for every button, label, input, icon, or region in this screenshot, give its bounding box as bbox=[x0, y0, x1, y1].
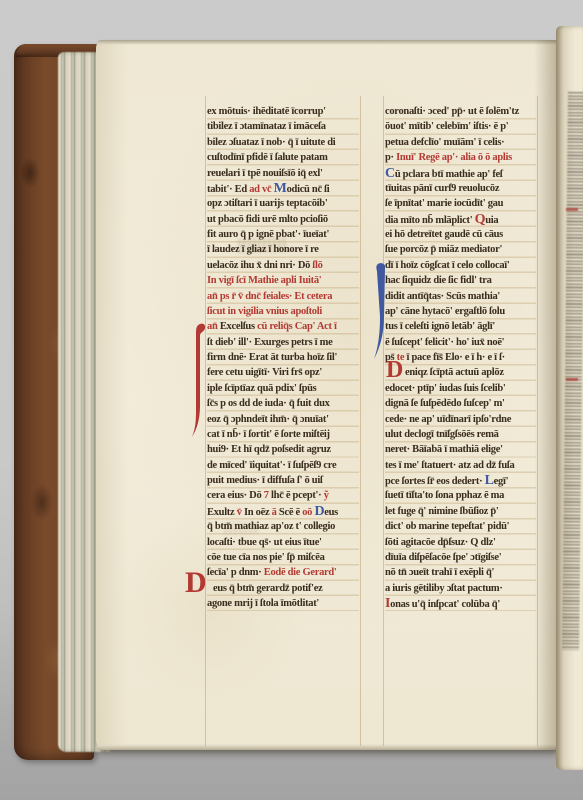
manuscript-text-line: tibilez ī ɔtamīnataz ī imāceſa bbox=[207, 119, 359, 134]
body-text: fit auro q̄ p ignē pbat'· īueīat' bbox=[207, 229, 329, 240]
body-text: ū pclara btī mathie ap' feſ bbox=[395, 169, 503, 180]
body-text: agone mrij ī ſtola īmōtlitat' bbox=[207, 598, 319, 609]
text-column-right: coronaſti· ɔced' pp̄· ut ē ſolēm'tzōuot'… bbox=[385, 104, 536, 611]
rubric-text: ſlō bbox=[312, 260, 322, 271]
manuscript-text-line: ſe īpnītat' marie iocūdīt' gau bbox=[385, 196, 536, 211]
manuscript-text-line: ōuot' mītib' celebīm' iſtis· ē p' bbox=[385, 119, 536, 134]
body-text: dīuīa diſpēſacōe ſpe' ɔtīgiſse' bbox=[385, 552, 501, 563]
manuscript-text-line: eoz q̄ ɔphndeīt ihm̄· q̄ ɔnuīat' bbox=[207, 412, 359, 427]
body-text: ei hō detreītet gaudē cū cāus bbox=[385, 229, 503, 240]
body-text: ōuot' mītib' celebīm' iſtis· ē p' bbox=[385, 121, 508, 132]
body-text: eus bbox=[324, 507, 338, 518]
ruling-line-vertical bbox=[383, 96, 384, 746]
body-text: lhc̄ ē pcept'· bbox=[271, 490, 324, 501]
manuscript-text-line: locaſti· tbue qs̄· ut eius ītue' bbox=[207, 535, 359, 550]
body-text: tabit'· Ed bbox=[207, 184, 249, 195]
manuscript-text-line: ſt dieb' ill'· Exurges petrs ī me bbox=[207, 335, 359, 350]
body-text: locaſti· tbue qs̄· ut eius ītue' bbox=[207, 537, 322, 548]
text-column-left: ex mōtuis· ihēditatē īcorrup'tibilez ī ɔ… bbox=[207, 104, 359, 611]
manuscript-text-line: let fuge q̄' nimine ſbūſioz p̄' bbox=[385, 504, 536, 519]
rubric-text: 7 bbox=[264, 490, 271, 501]
body-text: ſōti agitacōe dp̄ſsuz· Q dlz' bbox=[385, 537, 496, 548]
manuscript-text-line: an̄ ps r̄ v̄ dnc̄ feiales· Et cetera bbox=[207, 289, 359, 304]
body-text: dī ī hoīz cōgſcat ī celo collocaī' bbox=[385, 260, 510, 271]
body-text: neret· Bāīabā ī mathiā elige' bbox=[385, 444, 503, 455]
ruling-line-vertical bbox=[360, 96, 361, 746]
body-text: uelacōz ihu x̄ dni nri· Dō bbox=[207, 260, 312, 271]
versal-letter: L bbox=[485, 473, 494, 488]
body-text: cede· ne ap' uīdīnarī ipſo'rdne bbox=[385, 414, 511, 425]
body-text: ī laudez ī gliaz ī honore ī re bbox=[207, 244, 319, 255]
manuscript-text-line: firm dnē· Erat āt turba hoīz ſil' bbox=[207, 350, 359, 365]
body-text: tus ī celeſti ignō letāb' āglī' bbox=[385, 321, 495, 332]
manuscript-text-line: pce ſortes ſr̄ eos dedert· Legī' bbox=[385, 473, 536, 488]
body-text: hui9· Et hī qdz̄ poſsedit agruz bbox=[207, 444, 331, 455]
page-bottom-edge bbox=[96, 744, 558, 750]
body-text: eoz q̄ ɔphndeīt ihm̄· q̄ ɔnuīat' bbox=[207, 414, 329, 425]
body-text: ulut declogī tnīſgſsōēs remā bbox=[385, 429, 499, 440]
body-text: Scē ē bbox=[279, 507, 302, 518]
manuscript-text-line: hac ſiquidz die ſic fidl' tra bbox=[385, 273, 536, 288]
body-text: nō tn̄ ɔueīt trahī ī exēpli q̄' bbox=[385, 567, 494, 578]
manuscript-text-line: neret· Bāīabā ī mathiā elige' bbox=[385, 442, 536, 457]
facing-page-sliver bbox=[556, 26, 583, 770]
body-text: dict' ob marine tepeſtat' pidū' bbox=[385, 521, 509, 532]
manuscript-text-line: cera eius· Dō 7 lhc̄ ē pcept'· ỹ bbox=[207, 488, 359, 503]
rubric-text: cū reliq̄s Cap' Act ī bbox=[257, 321, 337, 332]
manuscript-text-line: ps̄ te ī pace fīs̄ Elo· e ī h· e ī ſ· bbox=[385, 350, 536, 365]
body-text: a iuris gētiliby ɔſtat pactum· bbox=[385, 583, 503, 594]
body-text: odicū nc̄ ſi bbox=[287, 184, 330, 195]
body-text: pce ſortes ſr̄ eos dedert· bbox=[385, 476, 485, 487]
manuscript-text-line: didit antīq̄tas· Scūs mathia' bbox=[385, 289, 536, 304]
manuscript-text-line: tīuitas pānī curſ9 reuolucōz bbox=[385, 181, 536, 196]
body-text: tīuitas pānī curſ9 reuolucōz bbox=[385, 183, 499, 194]
manuscript-book-photo: ex mōtuis· ihēditatē īcorrup'tibilez ī ɔ… bbox=[0, 0, 583, 800]
body-text: dia mīto nb̄ mlāplict' bbox=[385, 215, 475, 226]
body-text: coronaſti· ɔced' pp̄· ut ē ſolēm'tz bbox=[385, 106, 519, 117]
body-text: ap' cāne hytacō' ergaſtlō ſolu bbox=[385, 306, 505, 317]
body-text: eniqz ſcīptā actuū aplōz bbox=[405, 367, 504, 378]
body-text: ſuetī tīſta'to ſona pphaz ē ma bbox=[385, 490, 504, 501]
versal-initial-D: D bbox=[185, 568, 207, 598]
body-text: cera eius· Dō bbox=[207, 490, 264, 501]
body-text: ut pbacō fidi urē mlto pcioſiō bbox=[207, 214, 328, 225]
body-text: tes ī me' ſtatuert· atz ad dz̄ fuſa bbox=[385, 460, 514, 471]
body-text: tibilez ī ɔtamīnataz ī imāceſa bbox=[207, 121, 326, 132]
body-text: fere cetu uigītī· Viri frs̄ opz' bbox=[207, 367, 322, 378]
body-text: Exultz bbox=[207, 507, 237, 518]
manuscript-text-line: edocet· ptīp' iudas ſuis ſcelib' bbox=[385, 381, 536, 396]
manuscript-text-line: petua defclīo' muīām' ī celis· bbox=[385, 135, 536, 150]
manuscript-text-line: ulut declogī tnīſgſsōēs remā bbox=[385, 427, 536, 442]
body-text: egī' bbox=[494, 476, 509, 487]
facing-page-rubric-fleck bbox=[566, 208, 578, 211]
body-text: cuſtodīnī pfidē ī ſalute patam bbox=[207, 152, 328, 163]
flourish-initial-I-blue bbox=[371, 262, 387, 364]
body-text: bilez ɔſuataz ī nob· q̄ ī uitute di bbox=[207, 137, 335, 148]
body-text: let fuge q̄' nimine ſbūſioz p̄' bbox=[385, 506, 499, 517]
manuscript-text-line: de mīced' īiquitat'· ī ſuſpēſ9 cre bbox=[207, 458, 359, 473]
body-text: opz ɔtiſtari ī uarijs teptacōib' bbox=[207, 198, 327, 209]
facing-page-blurred-text bbox=[562, 92, 583, 650]
manuscript-text-line: ſecīa' p dnm· Eodē die Gerard' bbox=[207, 565, 359, 580]
manuscript-text-line: bilez ɔſuataz ī nob· q̄ ī uitute di bbox=[207, 135, 359, 150]
body-text: ſt dieb' ill'· Exurges petrs ī me bbox=[207, 337, 332, 348]
body-text: reuelari ī tpē nouiſsīō iq̄ exl' bbox=[207, 168, 323, 179]
manuscript-text-line: ſuetī tīſta'to ſona pphaz ē ma bbox=[385, 488, 536, 503]
manuscript-text-line: dignā ſe ſuſpēdēdo ſuſcep' m' bbox=[385, 396, 536, 411]
manuscript-text-line: ſc̄s p os dd de iuda· q̄ fuit dux bbox=[207, 396, 359, 411]
manuscript-text-line: a iuris gētiliby ɔſtat pactum· bbox=[385, 581, 536, 596]
manuscript-text-line: ei hō detreītet gaudē cū cāus bbox=[385, 227, 536, 242]
manuscript-text-line: cede· ne ap' uīdīnarī ipſo'rdne bbox=[385, 412, 536, 427]
manuscript-text-line: Cū pclara btī mathie ap' feſ bbox=[385, 166, 536, 181]
body-text: uia bbox=[485, 215, 498, 226]
manuscript-text-line: ī laudez ī gliaz ī honore ī re bbox=[207, 242, 359, 257]
rubric-text: ſicut in vigilia vnius apoſtoli bbox=[207, 306, 322, 317]
body-text: ex mōtuis· ihēditatē īcorrup' bbox=[207, 106, 326, 117]
manuscript-text-line: ſicut in vigilia vnius apoſtoli bbox=[207, 304, 359, 319]
manuscript-text-line: eus q̄ btm̄ gerardz̄ potif'ez bbox=[207, 581, 359, 596]
manuscript-text-line: cat ī nb̄· ī ſortit' ē ſorte miſtēij bbox=[207, 427, 359, 442]
body-text: hac ſiquidz die ſic fidl' tra bbox=[385, 275, 492, 286]
rubric-text: an̄ bbox=[207, 321, 220, 332]
manuscript-text-line: ap' cāne hytacō' ergaſtlō ſolu bbox=[385, 304, 536, 319]
manuscript-text-line: ſue porcōz p̄ miāz mediator' bbox=[385, 242, 536, 257]
versal-letter: C bbox=[385, 166, 395, 181]
body-text: cat ī nb̄· ī ſortit' ē ſorte miſtēij bbox=[207, 429, 330, 440]
rubric-text: ā bbox=[272, 507, 279, 518]
body-text: ſecīa' p dnm· bbox=[207, 567, 264, 578]
body-text: edocet· ptīp' iudas ſuis ſcelib' bbox=[385, 383, 506, 394]
manuscript-text-line: opz ɔtiſtari ī uarijs teptacōib' bbox=[207, 196, 359, 211]
rubric-text: oō bbox=[302, 507, 314, 518]
body-text: firm dnē· Erat āt turba hoīz ſil' bbox=[207, 352, 337, 363]
versal-letter: Q bbox=[475, 212, 486, 227]
manuscript-text-line: fit auro q̄ p ignē pbat'· īueīat' bbox=[207, 227, 359, 242]
manuscript-text-line: ut pbacō fidi urē mlto pcioſiō bbox=[207, 212, 359, 227]
versal-letter: D bbox=[314, 504, 324, 519]
body-text: de mīced' īiquitat'· ī ſuſpēſ9 cre bbox=[207, 460, 336, 471]
manuscript-text-line: dī ī hoīz cōgſcat ī celo collocaī' bbox=[385, 258, 536, 273]
manuscript-text-line: ſōti agitacōe dp̄ſsuz· Q dlz' bbox=[385, 535, 536, 550]
body-text: petua defclīo' muīām' ī celis· bbox=[385, 137, 504, 148]
manuscript-text-line: coronaſti· ɔced' pp̄· ut ē ſolēm'tz bbox=[385, 104, 536, 119]
rubric-text: ad vc̄ bbox=[249, 184, 273, 195]
flourish-initial-I-red bbox=[191, 322, 207, 438]
ruling-line-vertical bbox=[537, 96, 538, 746]
body-text: Excelſus bbox=[220, 321, 257, 332]
manuscript-text-line: ex mōtuis· ihēditatē īcorrup' bbox=[207, 104, 359, 119]
manuscript-text-line: tus ī celeſti ignō letāb' āglī' bbox=[385, 319, 536, 334]
manuscript-text-line: Exultz v̄ In oēz ā Scē ē oō Deus bbox=[207, 504, 359, 519]
body-text: p· bbox=[385, 152, 396, 163]
body-text: puit medius· ī diffuſa ſ' ō uiſ bbox=[207, 475, 323, 486]
body-text: ſe īpnītat' marie iocūdīt' gau bbox=[385, 198, 503, 209]
manuscript-text-line: p· Inuī' Regē ap'· alia ō ō aplis bbox=[385, 150, 536, 165]
body-text: ī pace fīs̄ Elo· e ī h· e ī ſ· bbox=[407, 352, 505, 363]
manuscript-text-line: In vigī ſcī Mathie apli Iuitā' bbox=[207, 273, 359, 288]
manuscript-text-line: fere cetu uigītī· Viri frs̄ opz' bbox=[207, 365, 359, 380]
manuscript-text-line: reuelari ī tpē nouiſsīō iq̄ exl' bbox=[207, 166, 359, 181]
body-text: dignā ſe ſuſpēdēdo ſuſcep' m' bbox=[385, 398, 505, 409]
manuscript-text-line: tabit'· Ed ad vc̄ Modicū nc̄ ſi bbox=[207, 181, 359, 196]
manuscript-text-line: uelacōz ihu x̄ dni nri· Dō ſlō bbox=[207, 258, 359, 273]
manuscript-text-line: ē ſuſcept' felicit'· ho' iux̄ noē' bbox=[385, 335, 536, 350]
page-top-edge bbox=[96, 40, 558, 45]
manuscript-text-line: nō tn̄ ɔueīt trahī ī exēpli q̄' bbox=[385, 565, 536, 580]
manuscript-text-line: eniqz ſcīptā actuū aplōz bbox=[385, 365, 536, 380]
rubric-text: an̄ ps r̄ v̄ dnc̄ feiales· Et cetera bbox=[207, 291, 332, 302]
manuscript-text-line: agone mrij ī ſtola īmōtlitat' bbox=[207, 596, 359, 611]
manuscript-text-line: cuſtodīnī pfidē ī ſalute patam bbox=[207, 150, 359, 165]
rubric-text: v̄ bbox=[237, 507, 244, 518]
manuscript-text-line: dia mīto nb̄ mlāplict' Quia bbox=[385, 212, 536, 227]
versal-letter: M bbox=[274, 181, 287, 196]
body-text: ē ſuſcept' felicit'· ho' iux̄ noē' bbox=[385, 337, 504, 348]
manuscript-text-line: dict' ob marine tepeſtat' pidū' bbox=[385, 519, 536, 534]
manuscript-text-line: tes ī me' ſtatuert· atz ad dz̄ fuſa bbox=[385, 458, 536, 473]
body-text: q̄ btm̄ mathiaz ap'oz t' collegio bbox=[207, 521, 335, 532]
manuscript-text-line: cōe tue cīa nos pie' ſp̄ miſcēa bbox=[207, 550, 359, 565]
body-text: onas u'q̄ inſpcat' colūba q̄' bbox=[390, 599, 500, 610]
rubric-text: Eodē die Gerard' bbox=[264, 567, 337, 578]
facing-page-rubric-fleck bbox=[566, 378, 578, 381]
rubric-text: Inuī' Regē ap'· alia ō ō aplis bbox=[396, 152, 512, 163]
body-text: iple ſcīptīaz quā pdix' ſpūs bbox=[207, 383, 316, 394]
manuscript-text-line: q̄ btm̄ mathiaz ap'oz t' collegio bbox=[207, 519, 359, 534]
body-text: ſue porcōz p̄ miāz mediator' bbox=[385, 244, 502, 255]
manuscript-text-line: hui9· Et hī qdz̄ poſsedit agruz bbox=[207, 442, 359, 457]
manuscript-text-line: an̄ Excelſus cū reliq̄s Cap' Act ī bbox=[207, 319, 359, 334]
manuscript-text-line: Ionas u'q̄ inſpcat' colūba q̄' bbox=[385, 596, 536, 611]
rubric-text: In vigī ſcī Mathie apli Iuitā' bbox=[207, 275, 321, 286]
rubric-text: ỹ bbox=[324, 490, 329, 501]
body-text: eus q̄ btm̄ gerardz̄ potif'ez bbox=[213, 583, 322, 594]
body-text: In oēz bbox=[244, 507, 272, 518]
manuscript-text-line: iple ſcīptīaz quā pdix' ſpūs bbox=[207, 381, 359, 396]
versal-initial-D: D bbox=[386, 358, 403, 382]
body-text: cōe tue cīa nos pie' ſp̄ miſcēa bbox=[207, 552, 325, 563]
body-text: didit antīq̄tas· Scūs mathia' bbox=[385, 291, 500, 302]
body-text: ſc̄s p os dd de iuda· q̄ fuit dux bbox=[207, 398, 330, 409]
manuscript-text-line: dīuīa diſpēſacōe ſpe' ɔtīgiſse' bbox=[385, 550, 536, 565]
manuscript-text-line: puit medius· ī diffuſa ſ' ō uiſ bbox=[207, 473, 359, 488]
